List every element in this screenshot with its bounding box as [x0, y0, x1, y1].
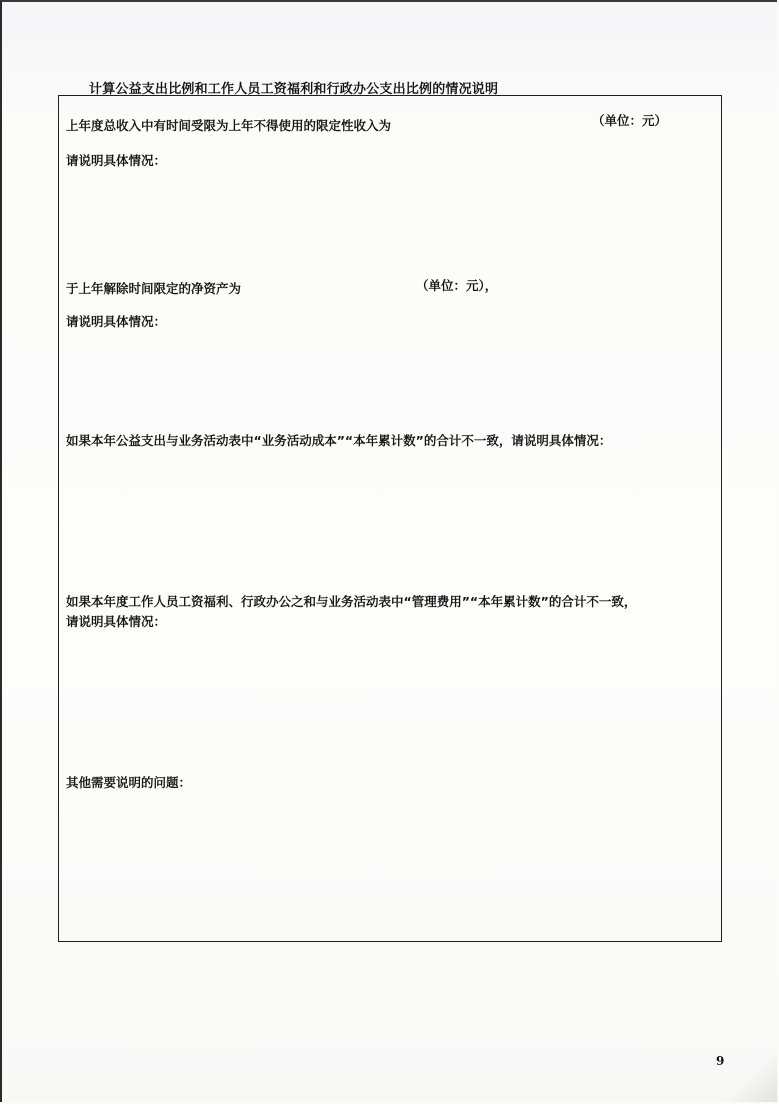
admin-expense-mismatch-answer-area[interactable]: [59, 632, 721, 762]
public-welfare-mismatch-prompt: 如果本年公益支出与业务活动表中“业务活动成本”“本年累计数”的合计不一致，请说明…: [66, 431, 611, 449]
admin-expense-mismatch-details-label: 请说明具体情况：: [66, 612, 166, 630]
public-welfare-mismatch-answer-area[interactable]: [59, 453, 721, 583]
explanation-form-box: 上年度总收入中有时间受限为上年不得使用的限定性收入为 （单位：元） 请说明具体情…: [58, 95, 722, 942]
restricted-income-prompt: 上年度总收入中有时间受限为上年不得使用的限定性收入为: [66, 116, 391, 134]
released-net-assets-details-label: 请说明具体情况：: [66, 312, 166, 330]
released-net-assets-answer-area[interactable]: [59, 332, 721, 427]
restricted-income-unit: （单位：元）: [592, 111, 667, 129]
other-issues-prompt: 其他需要说明的问题：: [66, 773, 191, 791]
admin-expense-mismatch-prompt: 如果本年度工作人员工资福利、行政办公之和与业务活动表中“管理费用”“本年累计数”…: [66, 592, 636, 610]
other-issues-answer-area[interactable]: [59, 793, 721, 938]
released-net-assets-prompt: 于上年解除时间限定的净资产为: [66, 279, 241, 297]
page-corner-shadow: [717, 1052, 777, 1102]
restricted-income-details-label: 请说明具体情况：: [66, 151, 166, 169]
restricted-income-answer-area[interactable]: [59, 171, 721, 271]
page-number: 9: [716, 1054, 724, 1068]
released-net-assets-unit: （单位：元），: [416, 276, 497, 294]
